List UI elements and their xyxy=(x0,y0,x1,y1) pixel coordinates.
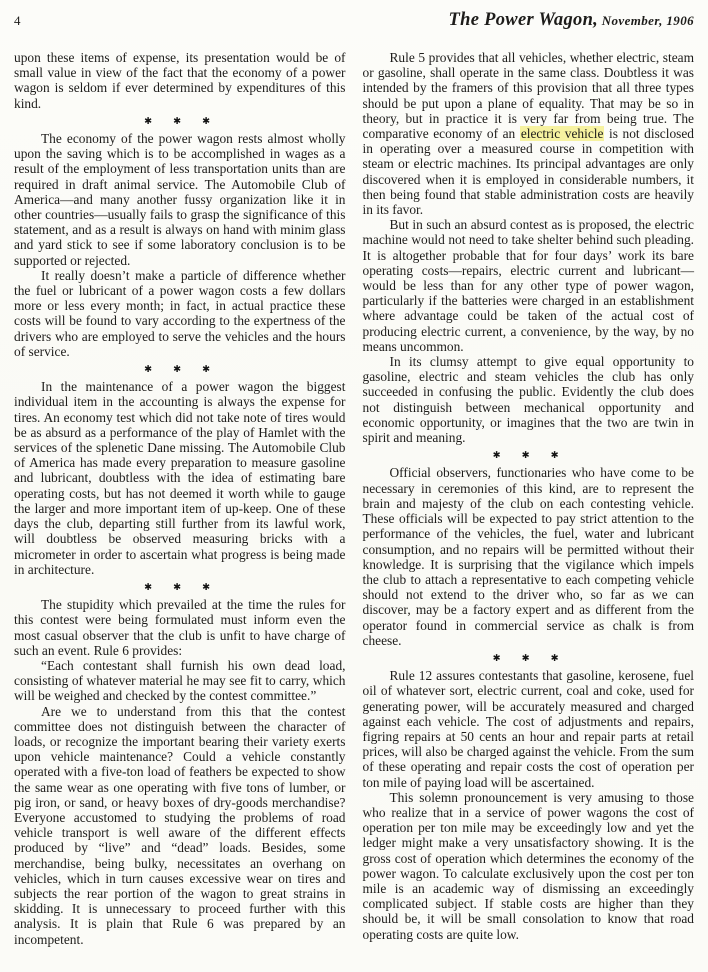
section-separator: ✱ ✱ ✱ xyxy=(363,648,695,668)
two-column-body: upon these items of expense, its present… xyxy=(14,50,694,947)
paragraph: Official observers, functionaries who ha… xyxy=(363,465,695,647)
paragraph-with-highlight: Rule 5 provides that all vehicles, wheth… xyxy=(363,50,695,217)
masthead: The Power Wagon, November, 1906 xyxy=(449,10,694,31)
magazine-page: 4 The Power Wagon, November, 1906 upon t… xyxy=(0,0,708,972)
journal-issue-date: November, 1906 xyxy=(598,13,694,28)
section-separator: ✱ ✱ ✱ xyxy=(14,359,346,379)
paragraph: In its clumsy attempt to give equal oppo… xyxy=(363,354,695,445)
page-number: 4 xyxy=(14,13,21,29)
paragraph: upon these items of expense, its present… xyxy=(14,50,346,111)
left-column: upon these items of expense, its present… xyxy=(14,50,346,947)
paragraph: In the maintenance of a power wagon the … xyxy=(14,379,346,577)
search-highlight: electric vehicle xyxy=(520,126,605,141)
paragraph: Are we to understand from this that the … xyxy=(14,704,346,947)
quoted-rule-paragraph: “Each contestant shall furnish his own d… xyxy=(14,658,346,704)
section-separator: ✱ ✱ ✱ xyxy=(14,577,346,597)
paragraph: This solemn pronouncement is very amusin… xyxy=(363,790,695,942)
page-header: 4 The Power Wagon, November, 1906 xyxy=(14,8,694,31)
paragraph: Rule 12 assures contestants that gasolin… xyxy=(363,668,695,790)
section-separator: ✱ ✱ ✱ xyxy=(363,445,695,465)
paragraph: The economy of the power wagon rests alm… xyxy=(14,131,346,268)
paragraph: It really doesn’t make a particle of dif… xyxy=(14,268,346,359)
right-column: Rule 5 provides that all vehicles, wheth… xyxy=(363,50,695,947)
paragraph: The stupidity which prevailed at the tim… xyxy=(14,597,346,658)
journal-title: The Power Wagon, xyxy=(449,10,599,30)
paragraph: But in such an absurd contest as is prop… xyxy=(363,217,695,354)
section-separator: ✱ ✱ ✱ xyxy=(14,111,346,131)
